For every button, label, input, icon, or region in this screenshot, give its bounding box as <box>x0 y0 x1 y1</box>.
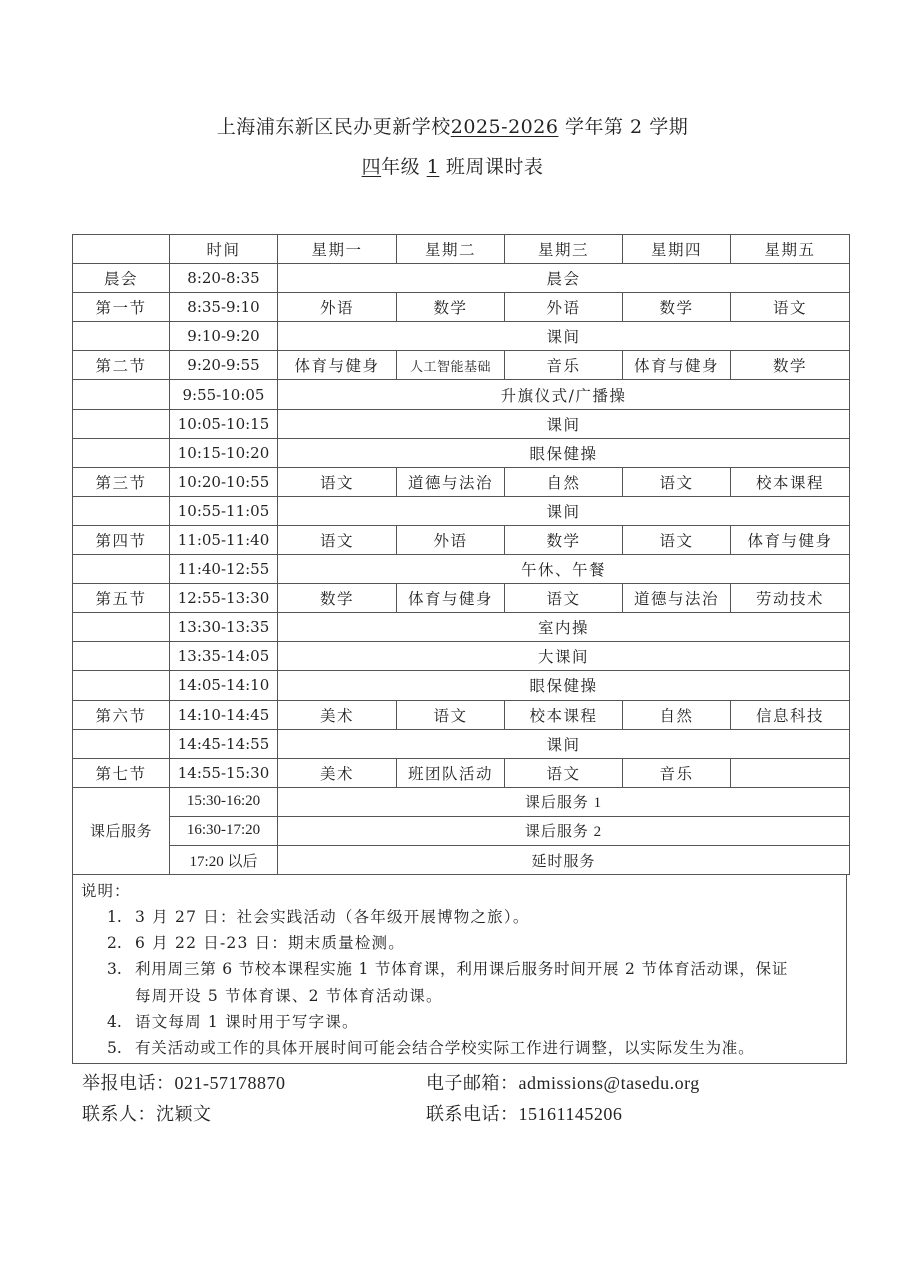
header-cell-thursday: 星期四 <box>623 235 731 264</box>
note-item: 5.有关活动或工作的具体开展时间可能会结合学校实际工作进行调整，以实际发生为准。 <box>107 1036 754 1058</box>
after-school-label: 课后服务 <box>73 787 170 874</box>
email-link[interactable]: admissions@tasedu.org <box>519 1073 700 1093</box>
title-prefix: 上海浦东新区民办更新学校 <box>217 116 451 138</box>
class-suffix: 班周课时表 <box>446 156 544 178</box>
time-cell: 14:05-14:10 <box>170 671 278 700</box>
timetable: 时间 星期一 星期二 星期三 星期四 星期五 晨会8:20-8:35晨会第一节8… <box>72 234 850 875</box>
table-row: 9:10-9:20课间 <box>73 322 850 351</box>
title-suffix: 学期 <box>649 116 688 138</box>
subject-cell <box>731 758 850 787</box>
subject-cell: 数学 <box>623 293 731 322</box>
table-row: 第二节9:20-9:55体育与健身人工智能基础音乐体育与健身数学 <box>73 351 850 380</box>
subject-cell: 语文 <box>505 584 623 613</box>
activity-cell: 室内操 <box>278 613 850 642</box>
subject-cell: 数学 <box>505 525 623 554</box>
time-cell: 9:10-9:20 <box>170 322 278 351</box>
time-cell: 11:05-11:40 <box>170 525 278 554</box>
subject-cell: 数学 <box>278 584 397 613</box>
period-cell <box>73 555 170 584</box>
table-row: 第五节12:55-13:30数学体育与健身语文道德与法治劳动技术 <box>73 584 850 613</box>
time-cell: 9:20-9:55 <box>170 351 278 380</box>
email: 电子邮箱：admissions@tasedu.org <box>426 1069 700 1095</box>
time-cell: 17:20 以后 <box>170 845 278 874</box>
header-cell-time: 时间 <box>170 235 278 264</box>
time-cell: 15:30-16:20 <box>170 787 278 816</box>
subject-cell: 外语 <box>397 525 505 554</box>
subject-cell: 自然 <box>505 467 623 496</box>
header-cell-monday: 星期一 <box>278 235 397 264</box>
subject-cell: 校本课程 <box>505 700 623 729</box>
subject-cell: 体育与健身 <box>278 351 397 380</box>
subject-cell: 人工智能基础 <box>397 351 505 380</box>
subject-cell: 语文 <box>278 467 397 496</box>
period-cell <box>73 671 170 700</box>
subject-cell: 信息科技 <box>731 700 850 729</box>
period-cell: 第六节 <box>73 700 170 729</box>
period-cell: 第七节 <box>73 758 170 787</box>
class-number: 1 <box>427 156 440 178</box>
subject-cell: 美术 <box>278 700 397 729</box>
notes-section: 说明： 1.3 月 27 日：社会实践活动（各年级开展博物之旅）。 2.6 月 … <box>72 875 847 1064</box>
period-cell <box>73 496 170 525</box>
period-cell: 第一节 <box>73 293 170 322</box>
subject-cell: 劳动技术 <box>731 584 850 613</box>
period-cell <box>73 409 170 438</box>
note-item-continuation: 每周开设 5 节体育课、2 节体育活动课。 <box>135 984 443 1006</box>
time-cell: 8:20-8:35 <box>170 264 278 293</box>
period-cell: 第二节 <box>73 351 170 380</box>
table-row: 第三节10:20-10:55语文道德与法治自然语文校本课程 <box>73 467 850 496</box>
time-cell: 16:30-17:20 <box>170 816 278 845</box>
table-row-after-school: 课后服务15:30-16:20课后服务 1 <box>73 787 850 816</box>
table-header-row: 时间 星期一 星期二 星期三 星期四 星期五 <box>73 235 850 264</box>
note-item: 1.3 月 27 日：社会实践活动（各年级开展博物之旅）。 <box>107 905 530 927</box>
time-cell: 14:10-14:45 <box>170 700 278 729</box>
period-cell: 第四节 <box>73 525 170 554</box>
table-row: 13:30-13:35室内操 <box>73 613 850 642</box>
notes-title: 说明： <box>81 879 131 901</box>
contact-phone: 联系电话：15161145206 <box>426 1100 622 1126</box>
table-row-after-school: 17:20 以后延时服务 <box>73 845 850 874</box>
time-cell: 8:35-9:10 <box>170 293 278 322</box>
subject-cell: 音乐 <box>623 758 731 787</box>
note-item: 4.语文每周 1 课时用于写字课。 <box>107 1010 359 1032</box>
subject-cell: 体育与健身 <box>397 584 505 613</box>
header-cell-wednesday: 星期三 <box>505 235 623 264</box>
time-cell: 13:35-14:05 <box>170 642 278 671</box>
subject-cell: 语文 <box>397 700 505 729</box>
table-row: 13:35-14:05大课间 <box>73 642 850 671</box>
header-cell <box>73 235 170 264</box>
activity-cell: 课后服务 1 <box>278 787 850 816</box>
grade: 四 <box>362 156 382 178</box>
activity-cell: 课间 <box>278 322 850 351</box>
time-cell: 13:30-13:35 <box>170 613 278 642</box>
period-cell: 第五节 <box>73 584 170 613</box>
table-row: 第四节11:05-11:40语文外语数学语文体育与健身 <box>73 525 850 554</box>
table-row: 10:05-10:15课间 <box>73 409 850 438</box>
subject-cell: 外语 <box>278 293 397 322</box>
time-cell: 14:55-15:30 <box>170 758 278 787</box>
subject-cell: 数学 <box>397 293 505 322</box>
subject-cell: 校本课程 <box>731 467 850 496</box>
subject-cell: 美术 <box>278 758 397 787</box>
period-cell: 第三节 <box>73 467 170 496</box>
header-cell-tuesday: 星期二 <box>397 235 505 264</box>
time-cell: 11:40-12:55 <box>170 555 278 584</box>
table-row: 14:05-14:10眼保健操 <box>73 671 850 700</box>
page-title: 上海浦东新区民办更新学校2025-2026 学年第 2 学期 <box>0 112 905 139</box>
activity-cell: 眼保健操 <box>278 438 850 467</box>
activity-cell: 大课间 <box>278 642 850 671</box>
time-cell: 10:05-10:15 <box>170 409 278 438</box>
period-cell: 晨会 <box>73 264 170 293</box>
activity-cell: 课间 <box>278 409 850 438</box>
activity-cell: 课间 <box>278 496 850 525</box>
period-cell <box>73 729 170 758</box>
table-row-after-school: 16:30-17:20课后服务 2 <box>73 816 850 845</box>
subject-cell: 语文 <box>278 525 397 554</box>
title-mid: 学年第 <box>565 116 624 138</box>
table-row: 14:45-14:55课间 <box>73 729 850 758</box>
time-cell: 14:45-14:55 <box>170 729 278 758</box>
contact-person: 联系人：沈颖文 <box>82 1100 212 1126</box>
time-cell: 12:55-13:30 <box>170 584 278 613</box>
time-cell: 9:55-10:05 <box>170 380 278 409</box>
table-row: 11:40-12:55午休、午餐 <box>73 555 850 584</box>
activity-cell: 升旗仪式/广播操 <box>278 380 850 409</box>
table-row: 10:55-11:05课间 <box>73 496 850 525</box>
header-cell-friday: 星期五 <box>731 235 850 264</box>
period-cell <box>73 322 170 351</box>
table-row: 10:15-10:20眼保健操 <box>73 438 850 467</box>
period-cell <box>73 642 170 671</box>
time-cell: 10:15-10:20 <box>170 438 278 467</box>
subject-cell: 数学 <box>731 351 850 380</box>
subject-cell: 外语 <box>505 293 623 322</box>
table-row: 第七节14:55-15:30美术班团队活动语文音乐 <box>73 758 850 787</box>
table-row: 9:55-10:05升旗仪式/广播操 <box>73 380 850 409</box>
activity-cell: 课间 <box>278 729 850 758</box>
school-year: 2025-2026 <box>451 116 559 138</box>
period-cell <box>73 438 170 467</box>
subject-cell: 道德与法治 <box>397 467 505 496</box>
subject-cell: 道德与法治 <box>623 584 731 613</box>
subject-cell: 语文 <box>623 525 731 554</box>
period-cell <box>73 380 170 409</box>
subject-cell: 音乐 <box>505 351 623 380</box>
note-item: 2.6 月 22 日-23 日：期末质量检测。 <box>107 931 405 953</box>
subject-cell: 体育与健身 <box>731 525 850 554</box>
activity-cell: 课后服务 2 <box>278 816 850 845</box>
table-row: 晨会8:20-8:35晨会 <box>73 264 850 293</box>
term: 2 <box>630 116 643 138</box>
subject-cell: 语文 <box>731 293 850 322</box>
time-cell: 10:55-11:05 <box>170 496 278 525</box>
activity-cell: 晨会 <box>278 264 850 293</box>
subject-cell: 语文 <box>623 467 731 496</box>
subject-cell: 自然 <box>623 700 731 729</box>
subject-cell: 语文 <box>505 758 623 787</box>
note-item: 3.利用周三第 6 节校本课程实施 1 节体育课，利用课后服务时间开展 2 节体… <box>107 957 788 979</box>
subject-cell: 体育与健身 <box>623 351 731 380</box>
activity-cell: 延时服务 <box>278 845 850 874</box>
period-cell <box>73 613 170 642</box>
grade-suffix: 年级 <box>381 156 420 178</box>
activity-cell: 眼保健操 <box>278 671 850 700</box>
subject-cell: 班团队活动 <box>397 758 505 787</box>
table-row: 第六节14:10-14:45美术语文校本课程自然信息科技 <box>73 700 850 729</box>
time-cell: 10:20-10:55 <box>170 467 278 496</box>
page-subtitle: 四年级 1 班周课时表 <box>0 152 905 179</box>
activity-cell: 午休、午餐 <box>278 555 850 584</box>
report-phone: 举报电话：021-57178870 <box>82 1069 286 1095</box>
table-row: 第一节8:35-9:10外语数学外语数学语文 <box>73 293 850 322</box>
